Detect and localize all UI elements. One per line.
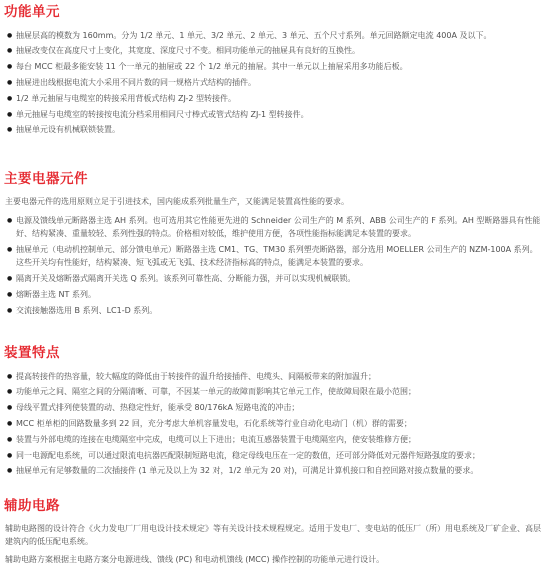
bullet-icon: ● — [4, 272, 16, 285]
list-item: ● 母线平置式排列使装置的动、热稳定性好，能承受 80/176kA 短路电流的冲… — [4, 401, 546, 414]
bullet-icon: ● — [4, 304, 16, 317]
bullet-icon: ● — [4, 29, 16, 42]
list-item-text: 交流接触器选用 B 系列、LC1-D 系列。 — [16, 304, 544, 317]
list-item-text: 抽屉单元有足够数量的二次插接件 (1 单元及以上为 32 对，1/2 单元为 2… — [16, 464, 544, 477]
bullet-icon: ● — [4, 449, 16, 462]
list-item: ● 熔断器主选 NT 系列。 — [4, 288, 546, 301]
list-item-text: 抽屉单元（电动机控制单元、部分馈电单元）断路器主选 CM1、TG、TM30 系列… — [16, 243, 544, 269]
section-title: 装置特点 — [4, 345, 546, 363]
section-title: 辅助电路 — [4, 498, 546, 516]
bullet-icon: ● — [4, 214, 16, 227]
list-item: ● 抽屉单元（电动机控制单元、部分馈电单元）断路器主选 CM1、TG、TM30 … — [4, 243, 546, 269]
paragraph: 辅助电路方案根据主电路方案分电源进线、馈线 (PC) 和电动机馈线 (MCC) … — [4, 553, 546, 566]
list-item: ● 抽屉层高的模数为 160mm。分为 1/2 单元、1 单元、3/2 单元、2… — [4, 29, 546, 42]
bullet-icon: ● — [4, 433, 16, 446]
list-item-text: 抽屉进出线根据电流大小采用不同片数的同一规格片式结构的插件。 — [16, 76, 544, 89]
list-item-text: 1/2 单元抽屉与电缆室的转接采用背板式结构 ZJ-2 型转接件。 — [16, 92, 544, 105]
section-functional-unit: 功能单元 ● 抽屉层高的模数为 160mm。分为 1/2 单元、1 单元、3/2… — [4, 4, 546, 137]
paragraph: 辅助电路图的设计符合《火力发电厂厂用电设计技术规定》等有关设计技术规程规定。适用… — [4, 522, 546, 548]
list-item: ● 抽屉单元设有机械联锁装置。 — [4, 123, 546, 136]
list-item: ● 1/2 单元抽屉与电缆室的转接采用背板式结构 ZJ-2 型转接件。 — [4, 92, 546, 105]
list-item-text: 抽屉单元设有机械联锁装置。 — [16, 123, 544, 136]
bullet-icon: ● — [4, 123, 16, 136]
list-item-text: 装置与外部电缆的连接在电缆隔室中完成，电缆可以上下进出；电流互感器装置于电缆隔室… — [16, 433, 544, 446]
list-item-text: 熔断器主选 NT 系列。 — [16, 288, 544, 301]
list-item-text: 提高转接件的热容量，较大幅度的降低由于转接件的温升给接插件、电缆头、间隔板带来的… — [16, 370, 544, 383]
section-intro: 主要电器元件的选用原则立足于引进技术，国内能成系列批量生产，又能满足装置高性能的… — [4, 195, 546, 208]
list-item-text: 每台 MCC 柜最多能安装 11 个一单元的抽屉或 22 个 1/2 单元的抽屉… — [16, 60, 544, 73]
bullet-icon: ● — [4, 464, 16, 477]
list-item: ● MCC 柜单柜的回路数量多到 22 回，充分考虑大单机容量发电，石化系统等行… — [4, 417, 546, 430]
bullet-icon: ● — [4, 417, 16, 430]
bullet-icon: ● — [4, 60, 16, 73]
list-item-text: 抽屉改变仅在高度尺寸上变化，其宽度、深度尺寸不变。相同功能单元的抽屉具有良好的互… — [16, 44, 544, 57]
section-title: 主要电器元件 — [4, 171, 546, 189]
bullet-list: ● 抽屉层高的模数为 160mm。分为 1/2 单元、1 单元、3/2 单元、2… — [4, 29, 546, 137]
section-auxiliary-circuit: 辅助电路 辅助电路图的设计符合《火力发电厂厂用电设计技术规定》等有关设计技术规程… — [4, 498, 546, 566]
list-item: ● 抽屉单元有足够数量的二次插接件 (1 单元及以上为 32 对，1/2 单元为… — [4, 464, 546, 477]
list-item-text: 功能单元之间、隔室之间的分隔清晰、可靠，不因某一单元的故障而影响其它单元工作，使… — [16, 385, 544, 398]
list-item: ● 提高转接件的热容量，较大幅度的降低由于转接件的温升给接插件、电缆头、间隔板带… — [4, 370, 546, 383]
bullet-icon: ● — [4, 385, 16, 398]
list-item-text: 隔离开关及熔断器式隔离开关选 Q 系列。该系列可靠性高、分断能力强，并可以实现机… — [16, 272, 544, 285]
section-title: 功能单元 — [4, 4, 546, 22]
bullet-icon: ● — [4, 288, 16, 301]
section-device-features: 装置特点 ● 提高转接件的热容量，较大幅度的降低由于转接件的温升给接插件、电缆头… — [4, 345, 546, 478]
list-item: ● 单元抽屉与电缆室的转接按电流分档采用相同尺寸棒式或管式结构 ZJ-1 型转接… — [4, 108, 546, 121]
bullet-icon: ● — [4, 92, 16, 105]
list-item-text: 电源及馈线单元断路器主选 AH 系列。也可选用其它性能更先进的 Schneide… — [16, 214, 544, 240]
list-item: ● 电源及馈线单元断路器主选 AH 系列。也可选用其它性能更先进的 Schnei… — [4, 214, 546, 240]
list-item: ● 每台 MCC 柜最多能安装 11 个一单元的抽屉或 22 个 1/2 单元的… — [4, 60, 546, 73]
list-item: ● 同一电源配电系统，可以通过限流电抗器匹配限制短路电流，稳定母线电压在一定的数… — [4, 449, 546, 462]
list-item: ● 抽屉改变仅在高度尺寸上变化，其宽度、深度尺寸不变。相同功能单元的抽屉具有良好… — [4, 44, 546, 57]
bullet-icon: ● — [4, 401, 16, 414]
document: 功能单元 ● 抽屉层高的模数为 160mm。分为 1/2 单元、1 单元、3/2… — [0, 0, 550, 566]
list-item: ● 抽屉进出线根据电流大小采用不同片数的同一规格片式结构的插件。 — [4, 76, 546, 89]
bullet-list: ● 电源及馈线单元断路器主选 AH 系列。也可选用其它性能更先进的 Schnei… — [4, 214, 546, 317]
bullet-list: ● 提高转接件的热容量，较大幅度的降低由于转接件的温升给接插件、电缆头、间隔板带… — [4, 370, 546, 478]
list-item: ● 装置与外部电缆的连接在电缆隔室中完成，电缆可以上下进出；电流互感器装置于电缆… — [4, 433, 546, 446]
bullet-icon: ● — [4, 108, 16, 121]
list-item-text: 同一电源配电系统，可以通过限流电抗器匹配限制短路电流，稳定母线电压在一定的数值，… — [16, 449, 544, 462]
list-item: ● 交流接触器选用 B 系列、LC1-D 系列。 — [4, 304, 546, 317]
bullet-icon: ● — [4, 243, 16, 256]
section-main-components: 主要电器元件 主要电器元件的选用原则立足于引进技术，国内能成系列批量生产，又能满… — [4, 171, 546, 318]
list-item-text: 母线平置式排列使装置的动、热稳定性好，能承受 80/176kA 短路电流的冲击； — [16, 401, 544, 414]
list-item: ● 隔离开关及熔断器式隔离开关选 Q 系列。该系列可靠性高、分断能力强，并可以实… — [4, 272, 546, 285]
list-item-text: MCC 柜单柜的回路数量多到 22 回，充分考虑大单机容量发电，石化系统等行业自… — [16, 417, 544, 430]
list-item-text: 单元抽屉与电缆室的转接按电流分档采用相同尺寸棒式或管式结构 ZJ-1 型转接件。 — [16, 108, 544, 121]
list-item: ● 功能单元之间、隔室之间的分隔清晰、可靠，不因某一单元的故障而影响其它单元工作… — [4, 385, 546, 398]
bullet-icon: ● — [4, 76, 16, 89]
bullet-icon: ● — [4, 370, 16, 383]
bullet-icon: ● — [4, 44, 16, 57]
list-item-text: 抽屉层高的模数为 160mm。分为 1/2 单元、1 单元、3/2 单元、2 单… — [16, 29, 544, 42]
